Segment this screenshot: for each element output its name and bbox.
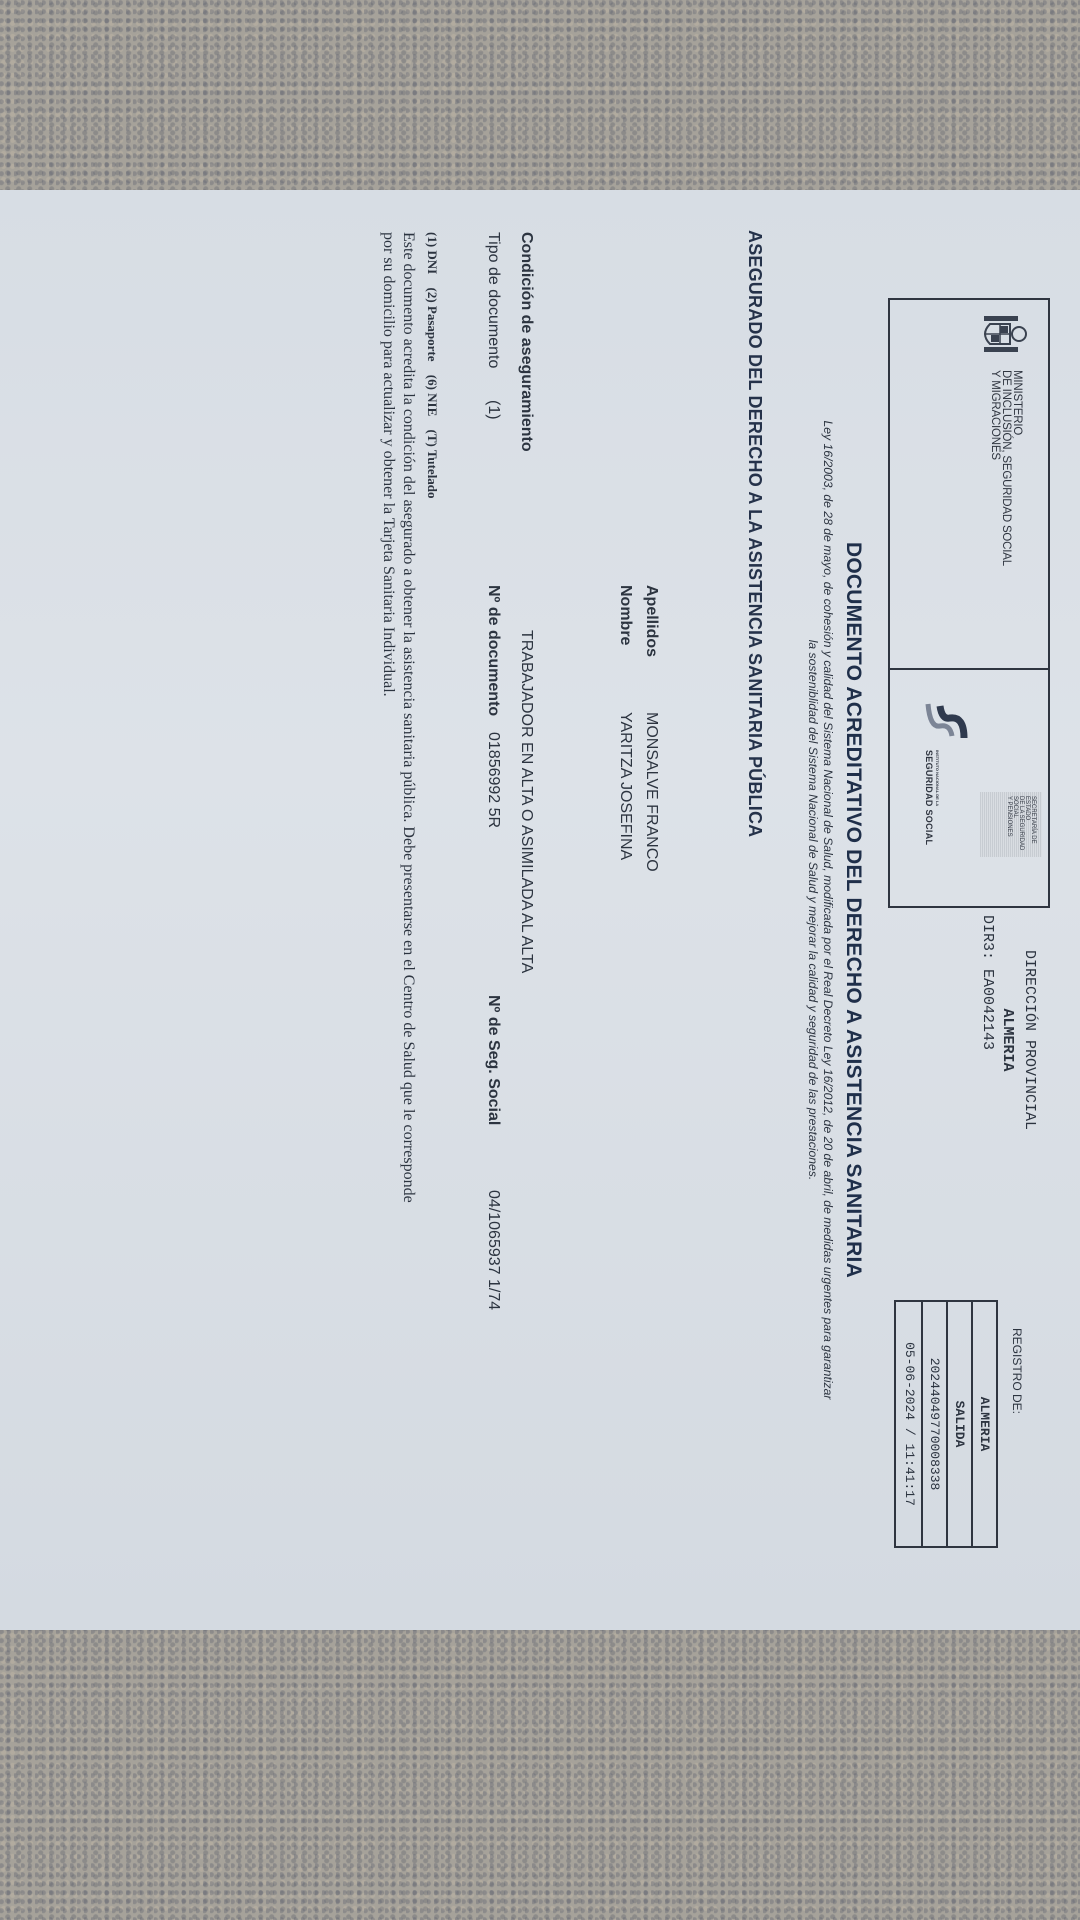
- tipo-documento-value: (1): [484, 400, 502, 420]
- ministry-logo-cell: MINISTERIO DE INCLUSIÓN, SEGURIDAD SOCIA…: [890, 300, 1048, 670]
- law-reference: Ley 16/2003, de 28 de mayo, de cohesión …: [805, 210, 835, 1610]
- nombre-label: Nombre: [616, 585, 634, 645]
- document-title: DOCUMENTO ACREDITATIVO DEL DERECHO A ASI…: [841, 190, 865, 1630]
- registro-stamp-box: ALMERIA SALIDA 20244049770008338 05-06-2…: [894, 1300, 998, 1548]
- document-subtitle: ASEGURADO DEL DERECHO A LA ASISTENCIA SA…: [744, 230, 765, 837]
- institute-small-label: INSTITUTO NACIONAL DE LA: [935, 750, 940, 806]
- direccion-provincial: DIRECCIÓN PROVINCIAL ALMERIA: [996, 950, 1040, 1130]
- num-documento-value: 01856992 5R: [484, 732, 502, 828]
- apellidos-label: Apellidos: [642, 585, 660, 657]
- registro-type: SALIDA: [946, 1302, 971, 1546]
- seg-social-label: Nº de Seg. Social: [484, 995, 502, 1125]
- spain-coat-of-arms-icon: [972, 314, 1028, 354]
- social-security-logo-cell: SECRETARÍA DE ESTADO DE LA SEGURIDAD SOC…: [890, 670, 1048, 906]
- seguridad-social-logo-icon: [924, 696, 968, 746]
- secretaria-estado-label: SECRETARÍA DE ESTADO DE LA SEGURIDAD SOC…: [980, 792, 1042, 857]
- institute-name: SEGURIDAD SOCIAL: [924, 750, 934, 845]
- registro-number: 20244049770008338: [921, 1302, 946, 1546]
- registro-office: ALMERIA: [971, 1302, 996, 1546]
- condicion-label: Condición de aseguramiento: [517, 232, 535, 452]
- nombre-value: YARITZA JOSEFINA: [616, 712, 634, 860]
- ministry-name: MINISTERIO DE INCLUSIÓN, SEGURIDAD SOCIA…: [989, 370, 1022, 566]
- condicion-value: TRABAJADOR EN ALTA O ASIMILADA AL ALTA: [517, 630, 535, 973]
- num-documento-label: Nº de documento: [484, 585, 502, 716]
- footer-notice: Este documento acredita la condición del…: [378, 232, 418, 1382]
- seg-social-value: 04/1065937 1/74: [484, 1190, 502, 1310]
- insurance-certificate-document: MINISTERIO DE INCLUSIÓN, SEGURIDAD SOCIA…: [0, 190, 1080, 1630]
- apellidos-value: MONSALVE FRANCO: [642, 712, 660, 872]
- document-type-legend: (1) DNI (2) Pasaporte (6) NIE (T) Tutela…: [424, 232, 440, 509]
- registro-label: REGISTRO DE:: [1010, 1328, 1024, 1414]
- header-logo-box: MINISTERIO DE INCLUSIÓN, SEGURIDAD SOCIA…: [888, 298, 1050, 908]
- dir3-code: DIR3: EA0042143: [979, 915, 996, 1050]
- tipo-documento-label: Tipo de documento: [484, 232, 502, 368]
- registro-datetime: 05-06-2024 / 11:41:17: [896, 1302, 921, 1546]
